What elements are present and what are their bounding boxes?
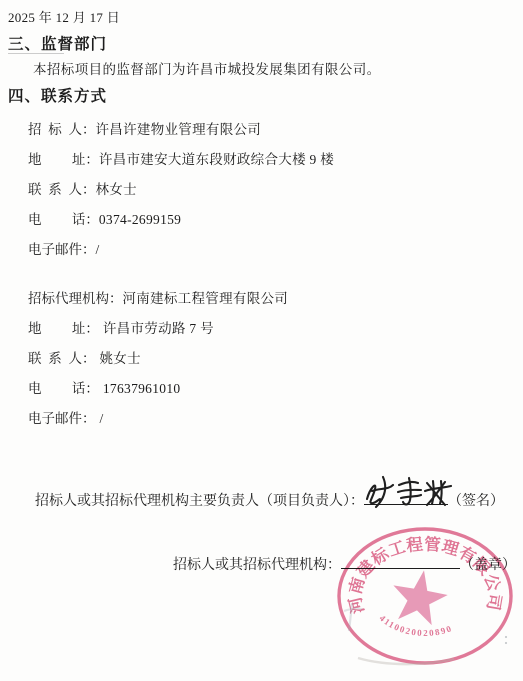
field-label: 招 标 人： — [28, 122, 96, 137]
field-row-tenderer-email: 电子邮件：/ — [28, 243, 334, 257]
field-label: 招标代理机构： — [28, 291, 123, 306]
field-value: 17637961010 — [103, 381, 181, 396]
stamp-line-prefix: 招标人或其招标代理机构： — [173, 558, 341, 573]
field-row-tenderer-phone: 电 话：0374-2699159 — [28, 213, 334, 227]
company-seal: 河南建标工程管理有限公司 4110020020890 — [330, 519, 522, 677]
field-value: 河南建标工程管理有限公司 — [123, 291, 289, 306]
seal-number-text: 4110020020890 — [378, 613, 454, 638]
supervision-body-text: 本招标项目的监督部门为许昌市城投发展集团有限公司。 — [33, 62, 381, 78]
field-value: / — [100, 411, 104, 426]
field-value: 林女士 — [96, 182, 137, 197]
signature-handwriting — [361, 473, 457, 513]
field-value: 许昌市劳动路 7 号 — [103, 321, 214, 336]
responsible-line-prefix: 招标人或其招标代理机构主要负责人（项目负责人）： — [35, 494, 364, 509]
field-label: 电子邮件： — [28, 242, 96, 257]
field-row-agency-email: 电子邮件：/ — [28, 412, 288, 426]
field-row-agency-contact: 联 系 人：姚女士 — [28, 352, 288, 366]
field-value: 许昌市建安大道东段财政综合大楼 9 楼 — [99, 152, 334, 167]
seal-star-icon — [393, 570, 447, 625]
field-label: 联 系 人： — [28, 351, 96, 366]
field-value: 0374-2699159 — [99, 212, 181, 227]
field-value: 姚女士 — [100, 351, 141, 366]
field-value: 许昌许建物业管理有限公司 — [96, 122, 262, 137]
field-row-tenderer-name: 招 标 人：许昌许建物业管理有限公司 — [28, 123, 334, 137]
agency-contact-block: 招标代理机构：河南建标工程管理有限公司 地 址：许昌市劳动路 7 号 联 系 人… — [28, 292, 288, 426]
field-label: 地 址： — [28, 321, 99, 336]
field-label: 电子邮件： — [28, 411, 96, 426]
field-label: 地 址： — [28, 152, 99, 167]
tenderer-contact-block: 招 标 人：许昌许建物业管理有限公司 地 址：许昌市建安大道东段财政综合大楼 9… — [28, 123, 334, 257]
field-row-agency-name: 招标代理机构：河南建标工程管理有限公司 — [28, 292, 288, 306]
field-row-tenderer-contact: 联 系 人：林女士 — [28, 183, 334, 197]
svg-text:4110020020890: 4110020020890 — [378, 613, 454, 638]
field-row-tenderer-address: 地 址：许昌市建安大道东段财政综合大楼 9 楼 — [28, 153, 334, 167]
document-date: 2025 年 12 月 17 日 — [8, 10, 120, 25]
field-label: 电 话： — [28, 212, 99, 227]
section-heading-contact: 四、联系方式 — [8, 88, 107, 106]
field-row-agency-phone: 电 话：17637961010 — [28, 382, 288, 396]
field-row-agency-address: 地 址：许昌市劳动路 7 号 — [28, 322, 288, 336]
section-heading-supervision: 三、监督部门 — [8, 36, 107, 54]
field-label: 电 话： — [28, 381, 99, 396]
scan-artifact-line — [8, 53, 64, 54]
field-value: / — [96, 242, 100, 257]
field-label: 联 系 人： — [28, 182, 96, 197]
